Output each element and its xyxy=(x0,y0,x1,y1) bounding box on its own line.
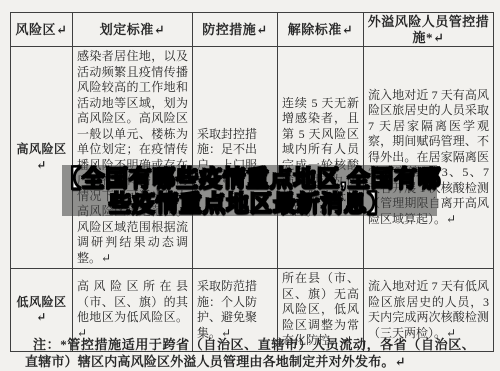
table-header-row: 风险区↵ 划定标准↵ 防控措施↵ 解除标准↵ 外溢风险人员管控措施*↵ xyxy=(11,13,494,47)
high-risk-spillover-cell: 流入地对近 7 天有高风险区旅居史的人员采取 7 天居家隔离医学观察，期间赋码管… xyxy=(364,47,494,269)
high-risk-criteria-cell: 感染者居住地，以及活动频繁且疫情传播风险较高的工作地和活动地等区域，划为高风险区… xyxy=(73,47,193,269)
col-header-spillover: 外溢风险人员管控措施*↵ xyxy=(364,13,494,47)
high-risk-release-cell: 连续 5 天无新增感染者，且第 5 天风险区域内所有人员完成一轮核酸筛查均为阴性… xyxy=(278,47,364,269)
watermark-caption-line-1: 【全国有哪些疫情重点地区,全国有哪 xyxy=(58,166,441,191)
table-row-high-risk: 高风险区↵ 感染者居住地，以及活动频繁且疫情传播风险较高的工作地和活动地等区域，… xyxy=(11,47,494,269)
footnote: 注：*管控措施适用于跨省（自治区、直辖市）人员流动，各省（自治区、直辖市）辖区内… xyxy=(25,336,475,370)
col-header-criteria: 划定标准↵ xyxy=(73,13,193,47)
watermark-caption-band: 【全国有哪些疫情重点地区,全国有哪 些疫情重点地区最新消息】 xyxy=(62,165,437,216)
watermark-caption-line-2: 些疫情重点地区最新消息】 xyxy=(109,191,391,216)
high-risk-control-cell: 采取封控措施：足不出户、上门服务。↵ xyxy=(193,47,278,269)
col-header-risk-zone: 风险区↵ xyxy=(11,13,73,47)
col-header-control: 防控措施↵ xyxy=(193,13,278,47)
document-page: 风险区↵ 划定标准↵ 防控措施↵ 解除标准↵ 外溢风险人员管控措施*↵ 高风险区… xyxy=(0,0,500,371)
high-risk-zone-label: 高风险区↵ xyxy=(11,47,73,269)
col-header-release: 解除标准↵ xyxy=(278,13,364,47)
